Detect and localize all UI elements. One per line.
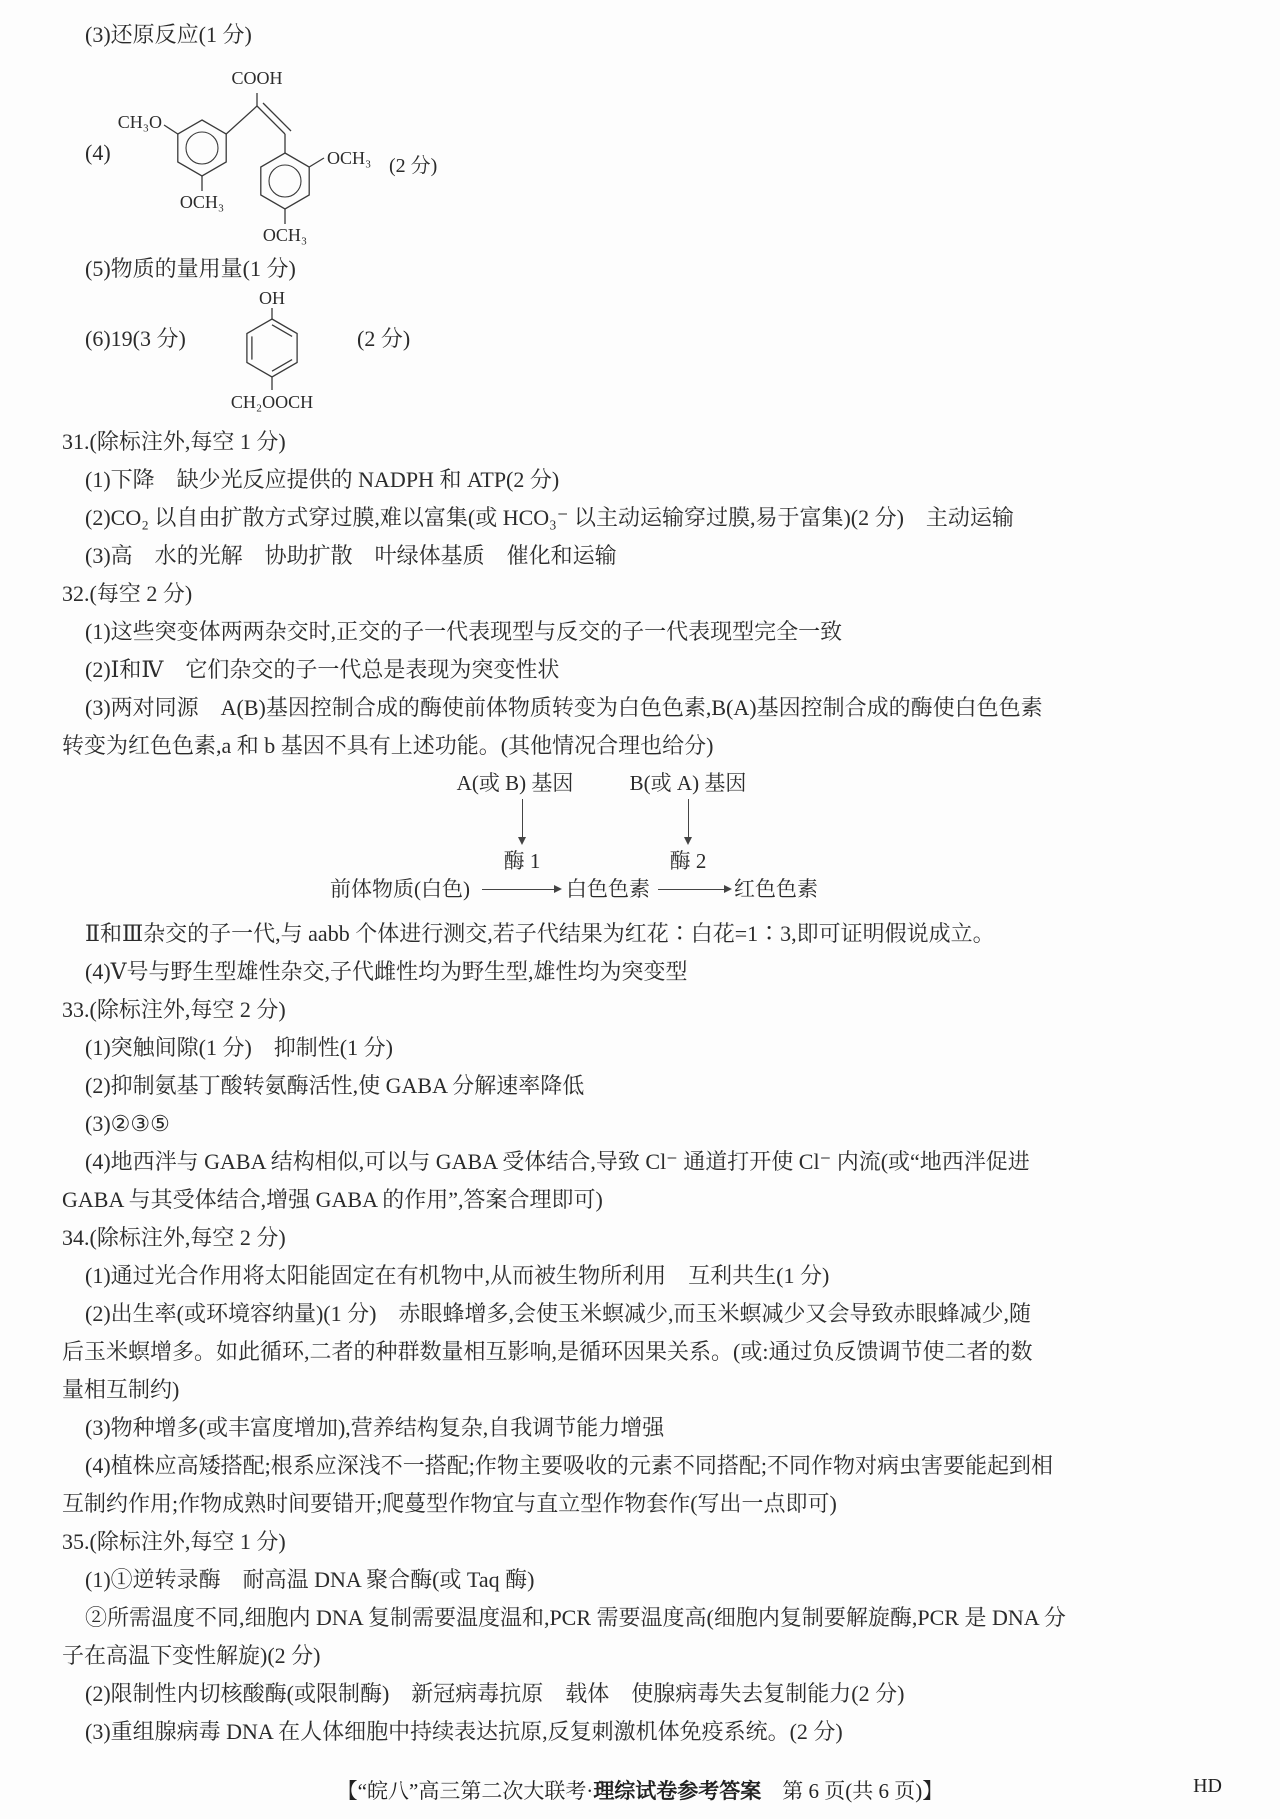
q34-answer-4a: (4)植株应高矮搭配;根系应深浅不一搭配;作物主要吸收的元素不同搭配;不同作物对… bbox=[62, 1447, 1230, 1485]
q35-title: 35.(除标注外,每空 1 分) bbox=[62, 1523, 1230, 1561]
answer-sheet-page: (3)还原反应(1 分) (4) CH₃O OCH₃ COOH bbox=[0, 0, 1280, 1751]
footer-paper-title: 理综试卷参考答案 bbox=[593, 1779, 761, 1803]
chemical-structure-q6: OH CH₂OOCH bbox=[212, 290, 352, 418]
gene-b-label: B(或 A) 基因 bbox=[630, 767, 747, 797]
q32-title: 32.(每空 2 分) bbox=[62, 575, 1230, 613]
q34-answer-4b: 互制约作用;作物成熟时间要错开;爬蔓型作物宜与直立型作物套作(写出一点即可) bbox=[62, 1485, 1230, 1523]
q33-answer-1: (1)突触间隙(1 分) 抑制性(1 分) bbox=[62, 1029, 1230, 1067]
q31-answer-2: (2)CO₂ 以自由扩散方式穿过膜,难以富集(或 HCO₃⁻ 以主动运输穿过膜,… bbox=[62, 499, 1230, 537]
chemical-structure-q4: CH₃O OCH₃ COOH OCH₃ (2 分) OCH₃ bbox=[102, 56, 502, 248]
chem-structure-q6-block: (6)19(3 分) OH CH₂OOCH (2 分) bbox=[62, 288, 1230, 423]
footer-print-code: HD bbox=[1193, 1775, 1222, 1798]
q32-answer-1: (1)这些突变体两两杂交时,正交的子一代表现型与反交的子一代表现型完全一致 bbox=[62, 613, 1230, 651]
q32-answer-4: (4)Ⅴ号与野生型雄性杂交,子代雌性均为野生型,雄性均为突变型 bbox=[62, 953, 1230, 991]
q6-label: (6)19(3 分) bbox=[85, 322, 186, 353]
answer-line-q3: (3)还原反应(1 分) bbox=[62, 16, 1230, 54]
q34-answer-2c: 量相互制约) bbox=[62, 1371, 1230, 1409]
q34-answer-1: (1)通过光合作用将太阳能固定在有机物中,从而被生物所利用 互利共生(1 分) bbox=[62, 1257, 1230, 1295]
q35-answer-2a: ②所需温度不同,细胞内 DNA 复制需要温度温和,PCR 需要温度高(细胞内复制… bbox=[62, 1599, 1230, 1637]
q35-answer-3: (2)限制性内切核酸酶(或限制酶) 新冠病毒抗原 载体 使腺病毒失去复制能力(2… bbox=[62, 1675, 1230, 1713]
q4-score: (2 分) bbox=[389, 154, 437, 177]
q32-answer-3a: (3)两对同源 A(B)基因控制合成的酶使前体物质转变为白色色素,B(A)基因控… bbox=[62, 689, 1230, 727]
q33-answer-2: (2)抑制氨基丁酸转氨酶活性,使 GABA 分解速率降低 bbox=[62, 1067, 1230, 1105]
right-arrow-enzyme-1 bbox=[482, 889, 558, 890]
gene-pathway-diagram: A(或 B) 基因 B(或 A) 基因 酶 1 酶 2 前体物质(白色) 白色色… bbox=[330, 765, 910, 915]
och3-right-top-label: OCH₃ bbox=[327, 148, 371, 168]
chem-structure-q4-block: (4) CH₃O OCH₃ COOH OCH₃ ( bbox=[62, 54, 1230, 250]
down-arrow-gene-a bbox=[522, 799, 523, 841]
cooh-label: COOH bbox=[231, 68, 282, 88]
och3-right-bottom-label: OCH₃ bbox=[263, 225, 307, 245]
q32-testcross-line: Ⅱ和Ⅲ杂交的子一代,与 aabb 个体进行测交,若子代结果为红花∶白花=1∶3,… bbox=[62, 915, 1230, 953]
q33-answer-3: (3)②③⑤ bbox=[62, 1105, 1230, 1143]
enzyme-1-label: 酶 1 bbox=[504, 845, 541, 875]
q31-answer-3: (3)高 水的光解 协助扩散 叶绿体基质 催化和运输 bbox=[62, 537, 1230, 575]
page-footer: 【“皖八”高三第二次大联考·理综试卷参考答案 第 6 页(共 6 页)】 HD bbox=[0, 1775, 1280, 1805]
right-arrow-enzyme-2 bbox=[658, 889, 728, 890]
ch3o-label: CH₃O bbox=[118, 112, 162, 132]
q31-title: 31.(除标注外,每空 1 分) bbox=[62, 423, 1230, 461]
q34-answer-3: (3)物种增多(或丰富度增加),营养结构复杂,自我调节能力增强 bbox=[62, 1409, 1230, 1447]
q35-answer-4: (3)重组腺病毒 DNA 在人体细胞中持续表达抗原,反复刺激机体免疫系统。(2 … bbox=[62, 1713, 1230, 1751]
gene-a-label: A(或 B) 基因 bbox=[457, 767, 574, 797]
answer-line-q5: (5)物质的量用量(1 分) bbox=[62, 250, 1230, 288]
q35-answer-2b: 子在高温下变性解旋)(2 分) bbox=[62, 1637, 1230, 1675]
q32-answer-3b: 转变为红色色素,a 和 b 基因不具有上述功能。(其他情况合理也给分) bbox=[62, 727, 1230, 765]
q32-answer-2: (2)Ⅰ和Ⅳ 它们杂交的子一代总是表现为突变性状 bbox=[62, 651, 1230, 689]
och3-left-bottom-label: OCH₃ bbox=[180, 192, 224, 212]
q33-title: 33.(除标注外,每空 2 分) bbox=[62, 991, 1230, 1029]
footer-page-number: 第 6 页(共 6 页)】 bbox=[761, 1779, 943, 1803]
oh-label: OH bbox=[259, 290, 285, 308]
q33-answer-4b: GABA 与其受体结合,增强 GABA 的作用”,答案合理即可) bbox=[62, 1181, 1230, 1219]
precursor-label: 前体物质(白色) bbox=[330, 873, 470, 903]
footer-exam-name: 【“皖八”高三第二次大联考· bbox=[337, 1779, 594, 1803]
q35-answer-1: (1)①逆转录酶 耐高温 DNA 聚合酶(或 Taq 酶) bbox=[62, 1561, 1230, 1599]
white-pigment-label: 白色色素 bbox=[566, 873, 650, 903]
q34-answer-2a: (2)出生率(或环境容纳量)(1 分) 赤眼蜂增多,会使玉米螟减少,而玉米螟减少… bbox=[62, 1295, 1230, 1333]
q34-answer-2b: 后玉米螟增多。如此循环,二者的种群数量相互影响,是循环因果关系。(或:通过负反馈… bbox=[62, 1333, 1230, 1371]
red-pigment-label: 红色色素 bbox=[734, 873, 818, 903]
q34-title: 34.(除标注外,每空 2 分) bbox=[62, 1219, 1230, 1257]
down-arrow-gene-b bbox=[688, 799, 689, 841]
q6-score: (2 分) bbox=[357, 322, 410, 353]
q31-answer-1: (1)下降 缺少光反应提供的 NADPH 和 ATP(2 分) bbox=[62, 461, 1230, 499]
ester-group-label: CH₂OOCH bbox=[231, 392, 313, 412]
enzyme-2-label: 酶 2 bbox=[670, 845, 707, 875]
q33-answer-4a: (4)地西泮与 GABA 结构相似,可以与 GABA 受体结合,导致 Cl⁻ 通… bbox=[62, 1143, 1230, 1181]
